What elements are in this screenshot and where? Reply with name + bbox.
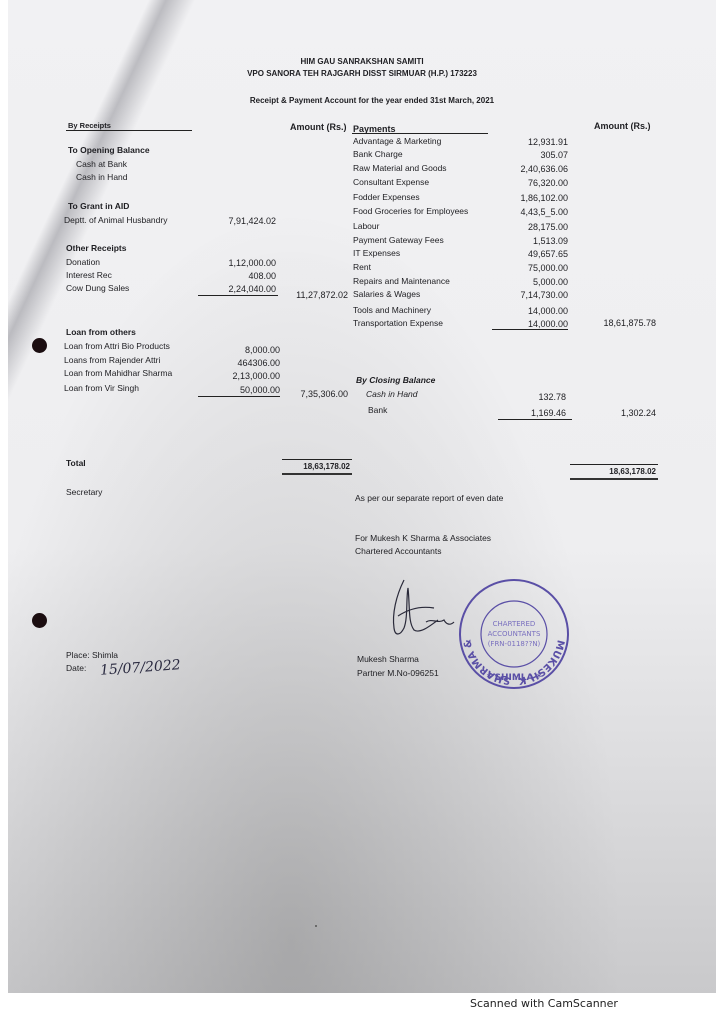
payment-item-amount: 12,931.91 (492, 137, 568, 147)
payment-item-name: Repairs and Maintenance (353, 276, 450, 286)
payment-item-name: Bank Charge (353, 149, 403, 159)
receipts-total-bottom-rule (282, 473, 352, 475)
receipt-cow-dung: Cow Dung Sales (66, 283, 129, 293)
punch-hole-bottom (32, 613, 47, 628)
payment-item-name: Consultant Expense (353, 177, 429, 187)
payments-subtotal: 18,61,875.78 (580, 318, 656, 328)
svg-text:* SHIMLA *: * SHIMLA * (487, 673, 542, 683)
other-receipts-rule (198, 295, 278, 296)
svg-text:(FRN-0118??N): (FRN-0118??N) (488, 640, 541, 648)
payment-item-amount: 14,000.00 (492, 306, 568, 316)
payment-item-name: Food Groceries for Employees (353, 206, 468, 216)
receipts-heading: By Receipts (68, 121, 111, 130)
org-address: VPO SANORA TEH RAJGARH DISST SIRMUAR (H.… (8, 69, 716, 78)
firm-type: Chartered Accountants (355, 546, 441, 556)
receipt-donation: Donation (66, 257, 100, 267)
scanned-page: HIM GAU SANRAKSHAN SAMITI VPO SANORA TEH… (8, 0, 716, 993)
payment-item-name: Salaries & Wages (353, 289, 420, 299)
loan-attri-bio-amount: 8,000.00 (198, 345, 280, 355)
partner-signature (386, 578, 456, 640)
closing-balance-subtotal: 1,302.24 (580, 408, 656, 418)
receipt-donation-amount: 1,12,000.00 (198, 258, 276, 268)
svg-text:ACCOUNTANTS: ACCOUNTANTS (488, 630, 541, 638)
receipt-interest-amount: 408.00 (198, 271, 276, 281)
loan-vir-singh: Loan from Vir Singh (64, 383, 139, 393)
firm-name: For Mukesh K Sharma & Associates (355, 533, 491, 543)
payments-amount-heading: Amount (Rs.) (594, 121, 651, 131)
loan-rajender: Loans from Rajender Attri (64, 355, 160, 365)
opening-cash-at-bank: Cash at Bank (76, 159, 127, 169)
closing-cash-in-hand-amount: 132.78 (492, 392, 566, 402)
camscanner-watermark: Scanned with CamScanner (470, 997, 618, 1010)
closing-bank: Bank (368, 405, 387, 415)
closing-balance-rule (498, 419, 572, 420)
receipt-cow-dung-amount: 2,24,040.00 (198, 284, 276, 294)
svg-text:CHARTERED: CHARTERED (493, 620, 536, 628)
total-label: Total (66, 458, 86, 468)
payment-item-name: IT Expenses (353, 248, 400, 258)
receipts-total-top-rule (282, 459, 352, 460)
firm-stamp: MUKESH K. SHARMA & ASSOCIATES * SHIMLA *… (456, 576, 572, 692)
payment-item-name: Payment Gateway Fees (353, 235, 444, 245)
payment-item-amount: 4,43,5_5.00 (492, 207, 568, 217)
payments-rule (492, 329, 568, 330)
payment-item-amount: 49,657.65 (492, 249, 568, 259)
loan-vir-singh-amount: 50,000.00 (198, 385, 280, 395)
payment-item-amount: 28,175.00 (492, 222, 568, 232)
payment-item-name: Labour (353, 221, 379, 231)
payment-item-name: Raw Material and Goods (353, 163, 447, 173)
payment-item-amount: 75,000.00 (492, 263, 568, 273)
receipts-heading-rule (66, 130, 192, 131)
payment-item-amount: 5,000.00 (492, 277, 568, 287)
loans-rule (198, 396, 280, 397)
partner-membership-no: Partner M.No-096251 (357, 668, 439, 678)
org-name: HIM GAU SANRAKSHAN SAMITI (8, 57, 716, 66)
payments-total: 18,63,178.02 (570, 467, 656, 476)
other-receipts-subtotal: 11,27,872.02 (280, 290, 348, 300)
payment-item-amount: 305.07 (492, 150, 568, 160)
loan-rajender-amount: 464306.00 (198, 358, 280, 368)
payments-heading-rule (352, 133, 488, 134)
payment-item-name: Transportation Expense (353, 318, 443, 328)
grant-item: Deptt. of Animal Husbandry (64, 215, 167, 225)
receipts-amount-heading: Amount (Rs.) (290, 122, 347, 132)
payment-item-name: Tools and Machinery (353, 305, 431, 315)
payment-item-name: Rent (353, 262, 371, 272)
payment-item-amount: 7,14,730.00 (492, 290, 568, 300)
payment-item-amount: 2,40,636.06 (492, 164, 568, 174)
document-title: Receipt & Payment Account for the year e… (8, 96, 716, 105)
payment-item-name: Fodder Expenses (353, 192, 420, 202)
grant-label: To Grant in AID (68, 201, 129, 211)
loans-subtotal: 7,35,306.00 (280, 389, 348, 399)
payment-item-name: Advantage & Marketing (353, 136, 441, 146)
punch-hole-top (32, 338, 47, 353)
payment-item-amount: 1,513.09 (492, 236, 568, 246)
opening-cash-in-hand: Cash in Hand (76, 172, 128, 182)
closing-cash-in-hand: Cash in Hand (366, 389, 418, 399)
payment-item-amount: 76,320.00 (492, 178, 568, 188)
speck (315, 925, 317, 927)
payment-item-amount: 14,000.00 (492, 319, 568, 329)
receipts-total: 18,63,178.02 (282, 462, 350, 471)
date-label: Date: (66, 663, 86, 673)
closing-balance-label: By Closing Balance (356, 375, 435, 385)
closing-bank-amount: 1,169.46 (492, 408, 566, 418)
grant-amount: 7,91,424.02 (198, 216, 276, 226)
payments-total-bottom-rule (570, 478, 658, 480)
handwritten-date: 15/07/2022 (100, 657, 182, 679)
loan-mahidhar: Loan from Mahidhar Sharma (64, 368, 172, 378)
other-receipts-label: Other Receipts (66, 243, 126, 253)
loan-attri-bio: Loan from Attri Bio Products (64, 341, 170, 351)
place-label: Place: Shimla (66, 650, 118, 660)
partner-name: Mukesh Sharma (357, 654, 419, 664)
loans-label: Loan from others (66, 327, 136, 337)
opening-balance-label: To Opening Balance (68, 145, 150, 155)
payment-item-amount: 1,86,102.00 (492, 193, 568, 203)
secretary-label: Secretary (66, 487, 102, 497)
loan-mahidhar-amount: 2,13,000.00 (198, 371, 280, 381)
report-note: As per our separate report of even date (355, 493, 503, 503)
payments-total-top-rule (570, 464, 658, 465)
receipt-interest: Interest Rec (66, 270, 112, 280)
